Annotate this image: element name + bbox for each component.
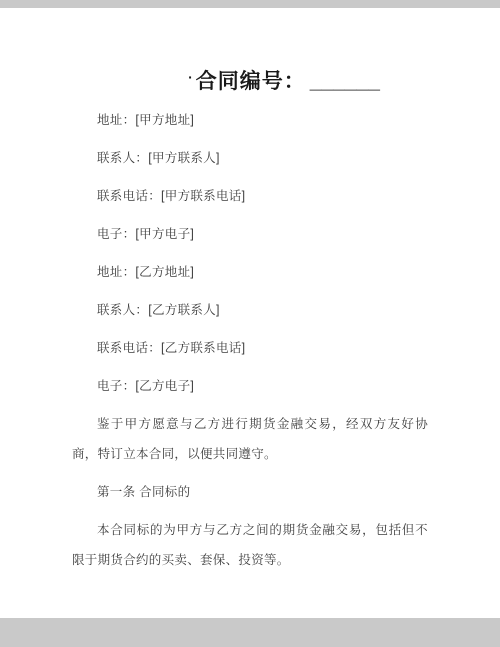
document-viewer: { "document": { "title": { "prefix_dot":… (0, 0, 500, 647)
party-a-email-line: 电子：[甲方电子] (72, 219, 428, 249)
party-b-address-line: 地址：[乙方地址] (72, 257, 428, 287)
party-a-contact-line: 联系人：[甲方联系人] (72, 143, 428, 173)
title-label: 合同编号： (196, 70, 306, 93)
clause-1-heading: 第一条 合同标的 (72, 477, 428, 507)
document-title: ·合同编号：______ (34, 63, 500, 96)
viewer-background-top (0, 0, 500, 8)
document-page: ·合同编号：______ 地址：[甲方地址] 联系人：[甲方联系人] 联系电话：… (0, 8, 500, 618)
party-b-contact-line: 联系人：[乙方联系人] (72, 295, 428, 325)
clause-1-body: 本合同标的为甲方与乙方之间的期货金融交易，包括但不限于期货合约的买卖、套保、投资… (72, 515, 428, 575)
title-blank-underline: ______ (310, 70, 380, 93)
party-b-email-line: 电子：[乙方电子] (72, 371, 428, 401)
viewer-background-bottom (0, 618, 500, 647)
title-dot: · (188, 69, 194, 85)
preamble-paragraph: 鉴于甲方愿意与乙方进行期货金融交易，经双方友好协商，特订立本合同，以便共同遵守。 (72, 409, 428, 469)
party-a-address-line: 地址：[甲方地址] (72, 105, 428, 135)
document-body: 地址：[甲方地址] 联系人：[甲方联系人] 联系电话：[甲方联系电话] 电子：[… (72, 105, 428, 583)
party-b-phone-line: 联系电话：[乙方联系电话] (72, 333, 428, 363)
party-a-phone-line: 联系电话：[甲方联系电话] (72, 181, 428, 211)
